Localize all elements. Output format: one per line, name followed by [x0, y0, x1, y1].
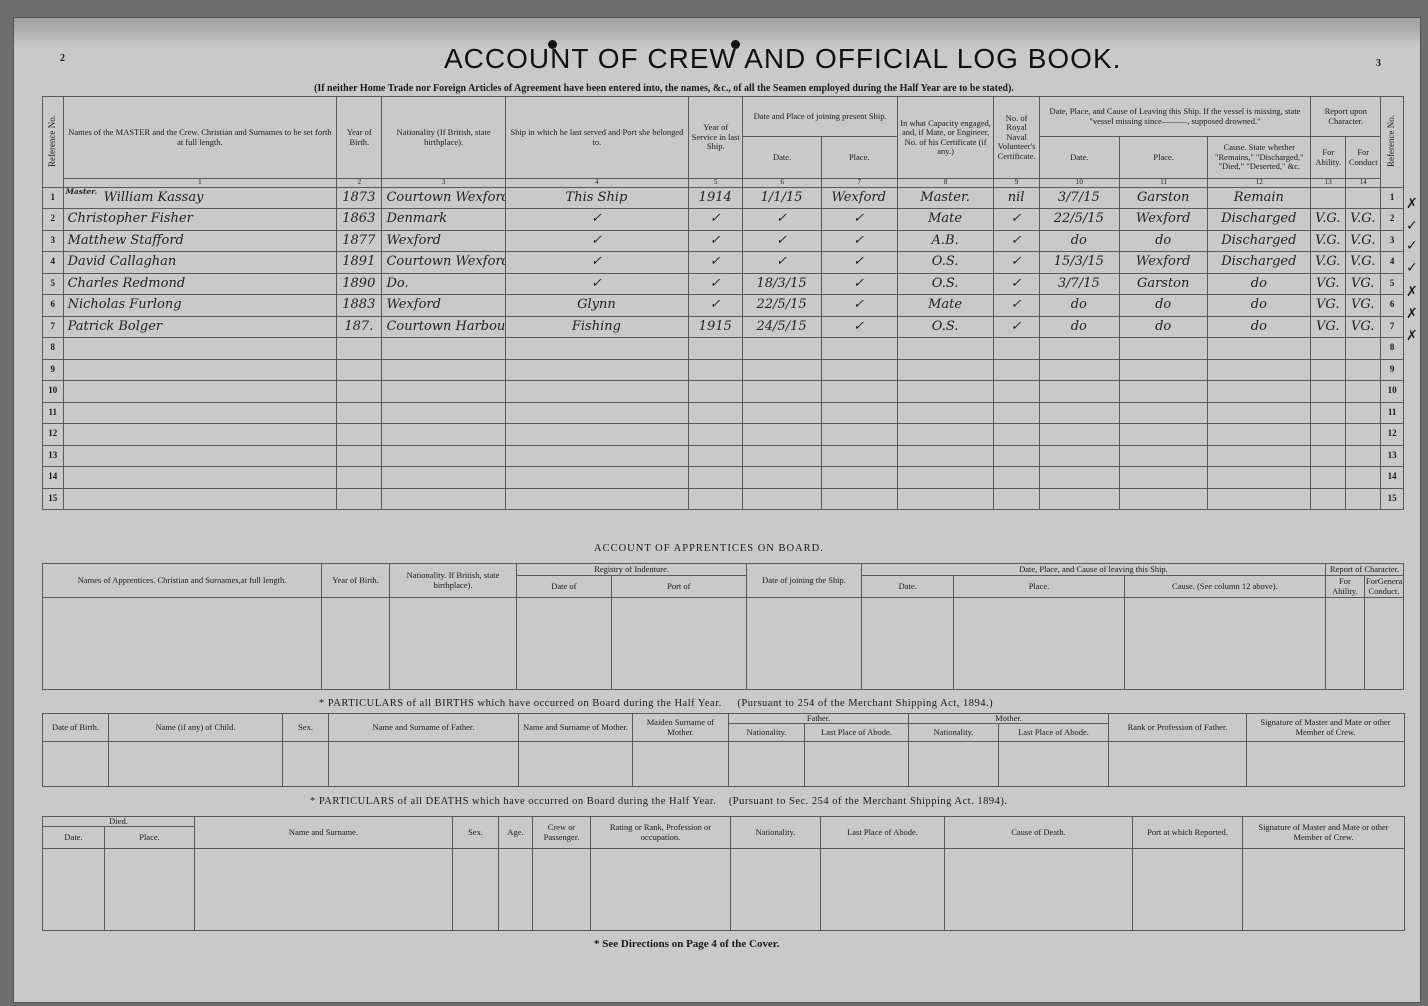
death-header-abode: Last Place of Abode.	[821, 817, 945, 849]
reference-number-right: 12	[1381, 424, 1404, 446]
leaving-date	[1039, 381, 1119, 403]
leaving-cause: do	[1208, 316, 1311, 338]
nationality	[382, 402, 505, 424]
death-header-place: Place.	[105, 827, 195, 849]
birth-header-mother-nationality: Nationality.	[909, 724, 999, 742]
nationality: Courtown Wexford	[382, 252, 505, 274]
app-header-yob: Year of Birth.	[322, 564, 390, 598]
conduct-report: VG.	[1346, 273, 1381, 295]
joining-place: ✓	[821, 209, 897, 231]
conduct-report	[1346, 467, 1381, 489]
capacity: O.S.	[897, 252, 994, 274]
header-rnv-cert: No. of Royal Naval Volunteer's Certifica…	[994, 97, 1039, 179]
header-leaving-group: Date, Place, and Cause of Leaving this S…	[1039, 97, 1311, 137]
capacity: O.S.	[897, 316, 994, 338]
joining-place	[821, 381, 897, 403]
app-header-place: Place.	[954, 576, 1124, 598]
column-number: 9	[994, 179, 1039, 188]
joining-date	[743, 359, 821, 381]
reference-number: 12	[43, 424, 64, 446]
year-of-birth: 1877	[337, 230, 382, 252]
column-number: 3	[382, 179, 505, 188]
table-row: 2Christopher Fisher1863Denmark✓✓✓✓Mate✓2…	[43, 209, 1404, 231]
year-of-service: ✓	[688, 230, 743, 252]
leaving-date: 15/3/15	[1039, 252, 1119, 274]
birth-header-father-nationality: Nationality.	[729, 724, 805, 742]
capacity	[897, 402, 994, 424]
conduct-report	[1346, 359, 1381, 381]
nationality: Denmark	[382, 209, 505, 231]
table-row: 88	[43, 338, 1404, 360]
rnv-cert	[994, 424, 1039, 446]
reference-number-right: 13	[1381, 445, 1404, 467]
crew-table: Reference No. Names of the MASTER and th…	[42, 96, 1404, 510]
app-header-ability: For Ability.	[1325, 576, 1364, 598]
reference-number-right: 2	[1381, 209, 1404, 231]
year-of-birth	[337, 467, 382, 489]
births-table: Date of Birth. Name (if any) of Child. S…	[42, 713, 1405, 787]
joining-place	[821, 424, 897, 446]
reference-number: 14	[43, 467, 64, 489]
conduct-report	[1346, 381, 1381, 403]
last-ship	[505, 467, 688, 489]
leaving-place	[1119, 359, 1207, 381]
app-header-date-of: Date of	[517, 576, 611, 598]
ability-report	[1311, 187, 1346, 209]
nationality	[382, 359, 505, 381]
capacity: Mate	[897, 295, 994, 317]
crew-name: Master.William Kassay	[63, 187, 337, 209]
crew-name	[63, 359, 337, 381]
joining-place: ✓	[821, 230, 897, 252]
joining-date: 24/5/15	[743, 316, 821, 338]
ability-report	[1311, 445, 1346, 467]
capacity	[897, 381, 994, 403]
leaving-place: do	[1119, 230, 1207, 252]
column-number: 5	[688, 179, 743, 188]
nationality	[382, 424, 505, 446]
leaving-place	[1119, 424, 1207, 446]
check-mark-icon: ✓	[1406, 218, 1418, 234]
reference-number-right: 4	[1381, 252, 1404, 274]
joining-place	[821, 445, 897, 467]
conduct-report: V.G.	[1346, 252, 1381, 274]
reference-number-right: 14	[1381, 467, 1404, 489]
leaving-cause: do	[1208, 295, 1311, 317]
crew-name	[63, 467, 337, 489]
conduct-report	[1346, 424, 1381, 446]
leaving-place: Garston	[1119, 273, 1207, 295]
table-row: 99	[43, 359, 1404, 381]
header-character-group: Report upon Character.	[1311, 97, 1381, 137]
crew-name: Nicholas Furlong	[63, 295, 337, 317]
column-number: 8	[897, 179, 994, 188]
death-header-signature: Signature of Master and Mate or other Me…	[1243, 817, 1405, 849]
app-header-cause: Cause. (See column 12 above).	[1124, 576, 1325, 598]
header-leaving-place: Place.	[1119, 137, 1207, 179]
capacity: Mate	[897, 209, 994, 231]
year-of-service: ✓	[688, 252, 743, 274]
year-of-service: ✓	[688, 273, 743, 295]
joining-place	[821, 488, 897, 510]
death-header-cause: Cause of Death.	[945, 817, 1133, 849]
joining-place: ✓	[821, 295, 897, 317]
joining-place: ✓	[821, 316, 897, 338]
birth-header-date: Date of Birth.	[43, 714, 109, 742]
joining-date	[743, 402, 821, 424]
reference-number-right: 7	[1381, 316, 1404, 338]
ability-report	[1311, 467, 1346, 489]
app-header-registry: Registry of Indenture.	[517, 564, 747, 576]
joining-date: ✓	[743, 252, 821, 274]
joining-date: 22/5/15	[743, 295, 821, 317]
leaving-cause: Discharged	[1208, 209, 1311, 231]
header-names: Names of the MASTER and the Crew. Christ…	[63, 97, 337, 179]
year-of-service: 1914	[688, 187, 743, 209]
year-of-service: ✓	[688, 295, 743, 317]
joining-date: 1/1/15	[743, 187, 821, 209]
ability-report	[1311, 424, 1346, 446]
reference-number: 10	[43, 381, 64, 403]
header-reference-no-right: Reference No.	[1381, 97, 1404, 188]
app-header-joining: Date of joining the Ship.	[747, 564, 862, 598]
joining-place: ✓	[821, 273, 897, 295]
table-row: 1212	[43, 424, 1404, 446]
leaving-date	[1039, 359, 1119, 381]
leaving-date	[1039, 424, 1119, 446]
leaving-place: do	[1119, 316, 1207, 338]
leaving-cause	[1208, 467, 1311, 489]
leaving-cause	[1208, 338, 1311, 360]
year-of-service: ✓	[688, 209, 743, 231]
reference-number-right: 1	[1381, 187, 1404, 209]
header-joining-date: Date.	[743, 137, 821, 179]
year-of-birth	[337, 381, 382, 403]
birth-header-maiden: Maiden Surname of Mother.	[633, 714, 729, 742]
year-of-service	[688, 359, 743, 381]
leaving-cause	[1208, 424, 1311, 446]
year-of-service: 1915	[688, 316, 743, 338]
leaving-date	[1039, 338, 1119, 360]
nationality: Wexford	[382, 295, 505, 317]
page-title: ACCOUNT OF CREW AND OFFICIAL LOG BOOK.	[444, 43, 1121, 75]
year-of-service	[688, 488, 743, 510]
death-header-date: Date.	[43, 827, 105, 849]
rnv-cert	[994, 338, 1039, 360]
reference-number: 1	[43, 187, 64, 209]
table-row: 6Nicholas Furlong1883WexfordGlynn✓22/5/1…	[43, 295, 1404, 317]
page-subtitle: (If neither Home Trade nor Foreign Artic…	[314, 83, 1014, 94]
reference-number: 3	[43, 230, 64, 252]
last-ship	[505, 338, 688, 360]
joining-date	[743, 445, 821, 467]
leaving-date: do	[1039, 316, 1119, 338]
capacity: A.B.	[897, 230, 994, 252]
births-title: * PARTICULARS of all BIRTHS which have o…	[319, 698, 993, 709]
leaving-date: 22/5/15	[1039, 209, 1119, 231]
reference-number-right: 6	[1381, 295, 1404, 317]
rnv-cert	[994, 467, 1039, 489]
death-header-rating: Rating or Rank, Profession or occupation…	[591, 817, 731, 849]
capacity	[897, 424, 994, 446]
ability-report	[1311, 381, 1346, 403]
reference-number-right: 10	[1381, 381, 1404, 403]
death-header-sex: Sex.	[453, 817, 499, 849]
last-ship	[505, 381, 688, 403]
conduct-report	[1346, 445, 1381, 467]
punch-hole-icon	[731, 40, 740, 49]
check-mark-icon: ✓	[1406, 260, 1418, 276]
header-leaving-date: Date.	[1039, 137, 1119, 179]
leaving-place	[1119, 488, 1207, 510]
rnv-cert	[994, 359, 1039, 381]
crew-name: David Callaghan	[63, 252, 337, 274]
nationality	[382, 467, 505, 489]
reference-number: 2	[43, 209, 64, 231]
rnv-cert: ✓	[994, 273, 1039, 295]
capacity	[897, 467, 994, 489]
joining-date	[743, 488, 821, 510]
nationality	[382, 338, 505, 360]
nationality: Courtown Harbour	[382, 316, 505, 338]
nationality	[382, 445, 505, 467]
leaving-date	[1039, 488, 1119, 510]
table-row: 3Matthew Stafford1877Wexford✓✓✓✓A.B.✓dod…	[43, 230, 1404, 252]
column-number: 10	[1039, 179, 1119, 188]
conduct-report: V.G.	[1346, 209, 1381, 231]
reference-number: 11	[43, 402, 64, 424]
ability-report: VG.	[1311, 295, 1346, 317]
birth-header-child: Name (if any) of Child.	[109, 714, 283, 742]
year-of-birth: 1883	[337, 295, 382, 317]
capacity	[897, 445, 994, 467]
last-ship: ✓	[505, 209, 688, 231]
birth-header-rank: Rank or Profession of Father.	[1109, 714, 1247, 742]
reference-number: 8	[43, 338, 64, 360]
year-of-service	[688, 445, 743, 467]
header-joining-place: Place.	[821, 137, 897, 179]
year-of-birth: 1890	[337, 273, 382, 295]
ability-report	[1311, 488, 1346, 510]
reference-number-right: 3	[1381, 230, 1404, 252]
conduct-report	[1346, 402, 1381, 424]
nationality	[382, 381, 505, 403]
rnv-cert: ✓	[994, 230, 1039, 252]
birth-header-father-name: Name and Surname of Father.	[329, 714, 519, 742]
header-year-of-service: Year of Service in last Ship.	[688, 97, 743, 179]
punch-hole-icon	[548, 40, 557, 49]
reference-number-right: 15	[1381, 488, 1404, 510]
reference-number: 5	[43, 273, 64, 295]
app-header-conduct: ForGeneral Conduct.	[1364, 576, 1403, 598]
column-number: 1	[63, 179, 337, 188]
last-ship	[505, 445, 688, 467]
joining-place: Wexford	[821, 187, 897, 209]
table-row: 1414	[43, 467, 1404, 489]
leaving-cause	[1208, 402, 1311, 424]
year-of-service	[688, 467, 743, 489]
capacity	[897, 488, 994, 510]
death-header-port: Port at which Reported.	[1133, 817, 1243, 849]
deaths-title: * PARTICULARS of all DEATHS which have o…	[310, 796, 1007, 807]
column-number: 4	[505, 179, 688, 188]
last-ship: ✓	[505, 273, 688, 295]
reference-number-right: 9	[1381, 359, 1404, 381]
conduct-report	[1346, 488, 1381, 510]
death-header-nationality: Nationality.	[731, 817, 821, 849]
year-of-birth: 187.	[337, 316, 382, 338]
year-of-service	[688, 338, 743, 360]
last-ship: ✓	[505, 252, 688, 274]
crew-name	[63, 381, 337, 403]
ability-report: VG.	[1311, 273, 1346, 295]
birth-header-mother-group: Mother.	[909, 714, 1109, 724]
joining-place	[821, 467, 897, 489]
check-mark-icon: ✗	[1406, 328, 1418, 344]
deaths-table: Died. Name and Surname. Sex. Age. Crew o…	[42, 816, 1405, 931]
table-row: 1313	[43, 445, 1404, 467]
app-header-date: Date.	[862, 576, 954, 598]
leaving-cause: Discharged	[1208, 230, 1311, 252]
death-header-name: Name and Surname.	[195, 817, 453, 849]
app-header-port-of: Port of	[611, 576, 746, 598]
crew-name: Charles Redmond	[63, 273, 337, 295]
last-ship: Glynn	[505, 295, 688, 317]
rnv-cert: ✓	[994, 252, 1039, 274]
column-number: 6	[743, 179, 821, 188]
last-ship	[505, 488, 688, 510]
capacity	[897, 338, 994, 360]
header-last-ship: Ship in which he last served and Port sh…	[505, 97, 688, 179]
column-number: 2	[337, 179, 382, 188]
leaving-cause	[1208, 488, 1311, 510]
leaving-place: Wexford	[1119, 209, 1207, 231]
crew-name: Matthew Stafford	[63, 230, 337, 252]
crew-name	[63, 424, 337, 446]
check-mark-icon: ✗	[1406, 284, 1418, 300]
nationality: Courtown Wexford	[382, 187, 505, 209]
reference-number-right: 11	[1381, 402, 1404, 424]
joining-date: ✓	[743, 230, 821, 252]
crew-name	[63, 338, 337, 360]
apprentices-table: Names of Apprentices. Christian and Surn…	[42, 563, 1404, 690]
joining-place	[821, 359, 897, 381]
rnv-cert	[994, 381, 1039, 403]
rnv-cert: ✓	[994, 295, 1039, 317]
joining-date	[743, 381, 821, 403]
leaving-place: Garston	[1119, 187, 1207, 209]
crew-name	[63, 488, 337, 510]
last-ship: Fishing	[505, 316, 688, 338]
joining-date: 18/3/15	[743, 273, 821, 295]
death-header-age: Age.	[499, 817, 533, 849]
leaving-place	[1119, 445, 1207, 467]
leaving-date	[1039, 402, 1119, 424]
check-mark-icon: ✓	[1406, 238, 1418, 254]
birth-header-mother-abode: Last Place of Abode.	[999, 724, 1109, 742]
left-page-number: 2	[60, 53, 65, 64]
conduct-report: VG.	[1346, 316, 1381, 338]
last-ship	[505, 359, 688, 381]
birth-header-sex: Sex.	[283, 714, 329, 742]
ability-report	[1311, 402, 1346, 424]
header-nationality: Nationality (If British, state birthplac…	[382, 97, 505, 179]
header-capacity: In what Capacity engaged, and, if Mate, …	[897, 97, 994, 179]
leaving-place	[1119, 338, 1207, 360]
crew-name	[63, 402, 337, 424]
joining-date	[743, 467, 821, 489]
reference-number: 6	[43, 295, 64, 317]
rnv-cert	[994, 402, 1039, 424]
leaving-place	[1119, 381, 1207, 403]
birth-header-signature: Signature of Master and Mate or other Me…	[1247, 714, 1405, 742]
last-ship	[505, 424, 688, 446]
table-row: 1Master.William Kassay1873Courtown Wexfo…	[43, 187, 1404, 209]
joining-place	[821, 402, 897, 424]
year-of-birth	[337, 338, 382, 360]
death-header-crew-passenger: Crew or Passenger.	[533, 817, 591, 849]
capacity	[897, 359, 994, 381]
table-row: 5Charles Redmond1890Do.✓✓18/3/15✓O.S.✓3/…	[43, 273, 1404, 295]
logbook-page: 2 3 ACCOUNT OF CREW AND OFFICIAL LOG BOO…	[14, 18, 1420, 1002]
nationality: Wexford	[382, 230, 505, 252]
joining-date	[743, 424, 821, 446]
year-of-birth	[337, 445, 382, 467]
leaving-place	[1119, 467, 1207, 489]
joining-date	[743, 338, 821, 360]
birth-header-father-group: Father.	[729, 714, 909, 724]
app-header-leaving: Date, Place, and Cause of leaving this S…	[862, 564, 1326, 576]
year-of-service	[688, 381, 743, 403]
table-row: 1010	[43, 381, 1404, 403]
reference-number: 4	[43, 252, 64, 274]
reference-number: 9	[43, 359, 64, 381]
year-of-service	[688, 402, 743, 424]
header-conduct: For Conduct	[1346, 137, 1381, 179]
ability-report: V.G.	[1311, 209, 1346, 231]
leaving-date	[1039, 445, 1119, 467]
app-header-character: Report of Character.	[1325, 564, 1403, 576]
ability-report: VG.	[1311, 316, 1346, 338]
crew-name: Patrick Bolger	[63, 316, 337, 338]
header-reference-no: Reference No.	[43, 97, 64, 188]
leaving-place	[1119, 402, 1207, 424]
last-ship: This Ship	[505, 187, 688, 209]
reference-number: 13	[43, 445, 64, 467]
column-number: 12	[1208, 179, 1311, 188]
header-ability: For Ability.	[1311, 137, 1346, 179]
last-ship	[505, 402, 688, 424]
birth-header-mother-name: Name and Surname of Mother.	[519, 714, 633, 742]
year-of-birth	[337, 488, 382, 510]
joining-place	[821, 338, 897, 360]
leaving-cause	[1208, 445, 1311, 467]
ability-report	[1311, 338, 1346, 360]
check-mark-icon: ✗	[1406, 306, 1418, 322]
crew-name	[63, 445, 337, 467]
footer-note: * See Directions on Page 4 of the Cover.	[594, 938, 779, 950]
column-number: 14	[1346, 179, 1381, 188]
leaving-place: do	[1119, 295, 1207, 317]
rnv-cert: nil	[994, 187, 1039, 209]
ability-report: V.G.	[1311, 230, 1346, 252]
nationality	[382, 488, 505, 510]
header-leaving-cause: Cause. State whether "Remains," "Dischar…	[1208, 137, 1311, 179]
death-header-died-group: Died.	[43, 817, 195, 827]
joining-date: ✓	[743, 209, 821, 231]
app-header-nationality: Nationality. If British, state birthplac…	[389, 564, 516, 598]
app-header-names: Names of Apprentices. Christian and Surn…	[43, 564, 322, 598]
